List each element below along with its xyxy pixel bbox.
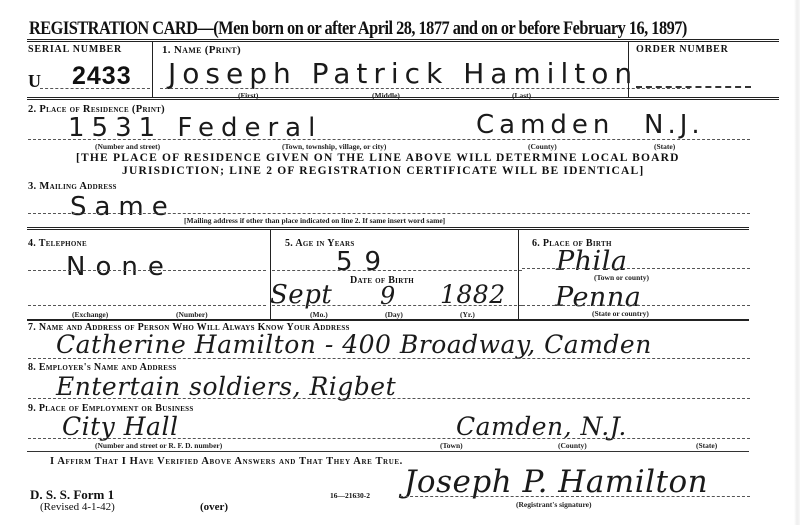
residence-state: N.J. [644, 110, 704, 140]
divider [28, 438, 750, 439]
residence-county: Camden [476, 110, 614, 140]
name-label: 1. Name (Print) [162, 44, 241, 56]
divider [27, 227, 749, 230]
divider [272, 305, 522, 306]
day-caption: (Day) [385, 310, 403, 319]
telephone-value: None [66, 252, 174, 282]
age-value: 59 [336, 247, 393, 277]
divider [522, 268, 750, 269]
serial-number-label: SERIAL NUMBER [28, 44, 122, 55]
print-code: 16—21630-2 [330, 491, 370, 500]
divider [28, 139, 750, 140]
affirmation-text: I Affirm That I Have Verified Above Answ… [50, 456, 403, 467]
divider [27, 451, 749, 452]
card-edge [794, 0, 800, 525]
employment-county-caption: (County) [558, 441, 587, 450]
mailing-label: 3. Mailing Address [28, 181, 117, 192]
employment-town-caption: (Town) [440, 441, 463, 450]
employment-place-town: Camden, N.J. [456, 412, 627, 441]
employment-place-street: City Hall [62, 412, 178, 441]
mailing-caption: [Mailing address if other than place ind… [184, 216, 445, 225]
title-divider [27, 39, 779, 42]
employer-value: Entertain soldiers, Rigbet [56, 372, 396, 401]
exchange-caption: (Exchange) [72, 310, 108, 319]
divider [27, 319, 749, 321]
divider [400, 496, 750, 497]
street-caption: (Number and street) [95, 142, 160, 151]
month-caption: (Mo.) [310, 310, 328, 319]
divider [160, 88, 690, 89]
divider [40, 88, 150, 89]
birthplace-town-caption: (Town or county) [594, 273, 649, 282]
mailing-value: Same [70, 192, 176, 222]
residence-notice-line2: JURISDICTION; LINE 2 OF REGISTRATION CER… [122, 165, 644, 177]
employment-street-caption: (Number and street or R. F. D. number) [95, 441, 222, 450]
divider [518, 229, 519, 319]
residence-notice-line1: [THE PLACE OF RESIDENCE GIVEN ON THE LIN… [76, 152, 680, 164]
state-caption: (State) [654, 142, 675, 151]
card-title: REGISTRATION CARD—(Men born on or after … [29, 18, 687, 40]
telephone-label: 4. Telephone [28, 238, 87, 249]
divider [628, 42, 629, 97]
serial-number: 2433 [72, 62, 132, 91]
divider [28, 305, 266, 306]
birthplace-state-caption: (State or country) [592, 309, 649, 318]
divider [27, 97, 779, 100]
name-value: Joseph Patrick Hamilton [168, 57, 638, 90]
divider [28, 213, 750, 214]
county-caption: (County) [528, 142, 557, 151]
divider [522, 305, 750, 306]
town-caption: (Town, township, village, or city) [282, 142, 386, 151]
divider [28, 358, 750, 359]
order-number-label: ORDER NUMBER [636, 44, 729, 55]
number-caption: (Number) [176, 310, 208, 319]
divider [28, 270, 266, 271]
employment-state-caption: (State) [696, 441, 717, 450]
form-revised: (Revised 4-1-42) [40, 501, 115, 513]
over-label: (over) [200, 501, 228, 513]
divider [152, 42, 153, 97]
signature-caption: (Registrant's signature) [516, 500, 591, 509]
order-number-field [636, 86, 751, 88]
contact-person-value: Catherine Hamilton - 400 Broadway, Camde… [56, 330, 652, 359]
year-caption: (Yr.) [460, 310, 475, 319]
registrant-signature: Joseph P. Hamilton [404, 464, 708, 500]
divider [28, 398, 750, 399]
divider [272, 270, 522, 271]
